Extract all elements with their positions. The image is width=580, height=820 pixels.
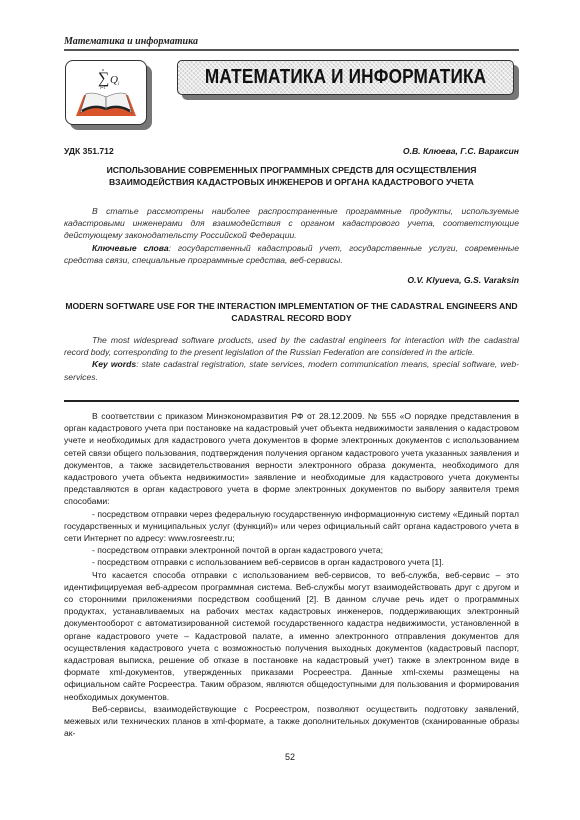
body-paragraph: - посредством отправки через федеральную… [64, 508, 519, 545]
book-sum-icon: ∑ Q i n i=1 [66, 61, 146, 124]
authors-ru: О.В. Клюева, Г.С. Вараксин [403, 146, 519, 156]
keywords-ru: Ключевые слова: государственный кадастро… [64, 242, 519, 266]
abstract-text-ru: В статье рассмотрены наиболее распростра… [64, 205, 519, 242]
abstract-en: The most widespread software products, u… [64, 334, 519, 383]
document-page: Математика и информатика ∑ Q i n i=1 МАТ… [0, 0, 580, 820]
body-paragraph: В соответствии с приказом Минэкономразви… [64, 410, 519, 508]
section-title: МАТЕМАТИКА И ИНФОРМАТИКА [205, 66, 486, 89]
svg-text:n: n [102, 67, 104, 72]
body-paragraph: Веб-сервисы, взаимодействующие с Росреес… [64, 703, 519, 740]
section-logo: ∑ Q i n i=1 [65, 60, 147, 125]
abstract-text-en: The most widespread software products, u… [64, 334, 519, 358]
keywords-label-ru: Ключевые слова [92, 243, 169, 253]
body-paragraph: Что касается способа отправки с использо… [64, 569, 519, 703]
article-title-ru: ИСПОЛЬЗОВАНИЕ СОВРЕМЕННЫХ ПРОГРАММНЫХ СР… [64, 164, 519, 188]
abstract-ru: В статье рассмотрены наиболее распростра… [64, 205, 519, 266]
section-divider [64, 400, 519, 402]
article-meta-ru: УДК 351.712 О.В. Клюева, Г.С. Вараксин [64, 146, 519, 156]
udk-code: УДК 351.712 [64, 146, 114, 156]
body-paragraph: - посредством отправки электронной почто… [64, 544, 519, 556]
body-paragraph: - посредством отправки с использованием … [64, 556, 519, 568]
page-number: 52 [0, 752, 580, 762]
svg-text:i=1: i=1 [100, 85, 105, 90]
keywords-en: Key words: state cadastral registration,… [64, 358, 519, 382]
svg-text:i: i [118, 82, 120, 87]
running-head: Математика и информатика [64, 36, 519, 51]
authors-en: O.V. Klyueva, G.S. Varaksin [64, 275, 519, 285]
keywords-label-en: Key words [92, 359, 136, 369]
article-body: В соответствии с приказом Минэкономразви… [64, 410, 519, 739]
section-banner: МАТЕМАТИКА И ИНФОРМАТИКА [177, 60, 514, 95]
article-title-en: MODERN SOFTWARE USE FOR THE INTERACTION … [64, 300, 519, 324]
svg-text:Q: Q [110, 74, 118, 86]
